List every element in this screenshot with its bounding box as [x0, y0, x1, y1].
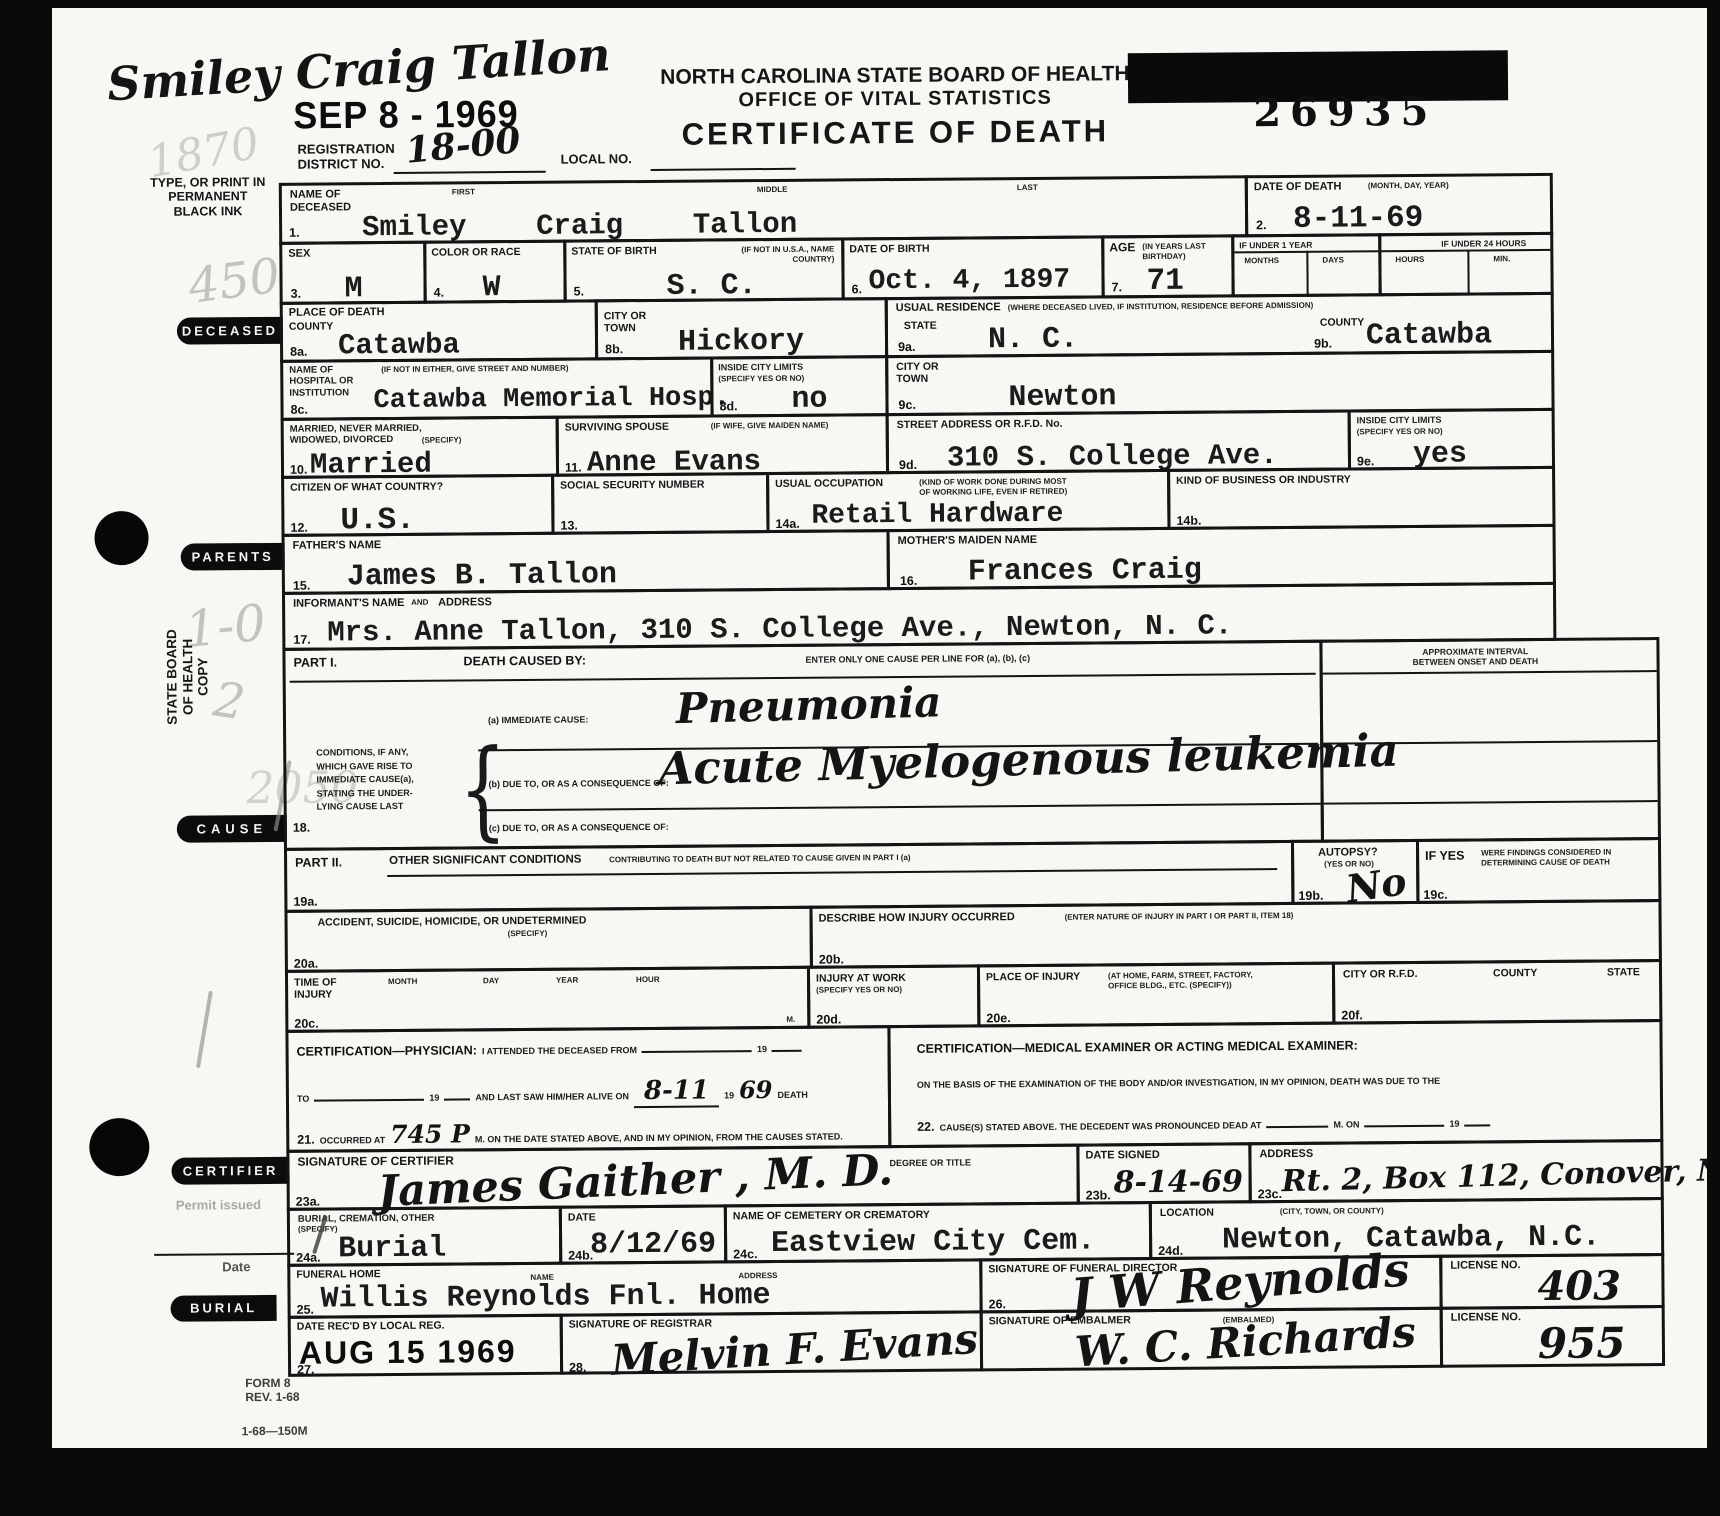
field-time-of-injury: TIME OF INJURY MONTH DAY YEAR HOUR 20c. …: [285, 966, 810, 1033]
days-label: DAYS: [1322, 255, 1344, 265]
father-value: James B. Tallon: [347, 560, 617, 592]
name-middle-label: MIDDLE: [757, 185, 788, 195]
margin-tab-certifier: CERTIFIER: [171, 1157, 289, 1185]
inside-city-8d-value: no: [791, 385, 827, 415]
residence-county-number: 9b.: [1314, 337, 1332, 351]
date-of-birth-number: 6.: [852, 282, 863, 296]
age-label: AGE: [1109, 241, 1135, 255]
scan-edge-left: [0, 0, 52, 1516]
field-funeral-director-signature: SIGNATURE OF FUNERAL DIRECTOR 26. J W Re…: [979, 1255, 1442, 1314]
field-burial-date: DATE 24b. 8/12/69: [559, 1204, 727, 1264]
certifier-address-label: ADDRESS: [1259, 1148, 1313, 1161]
death-caused-by-label: DEATH CAUSED BY:: [463, 653, 586, 668]
funeral-home-label: FUNERAL HOME: [296, 1268, 380, 1281]
inside-city-9e-sub: (SPECIFY YES OR NO): [1357, 427, 1443, 437]
field-residence-city: CITY OR TOWN 9c. Newton: [885, 350, 1554, 416]
blank-line: [642, 1039, 752, 1053]
degree-title-label: DEGREE OR TITLE: [889, 1157, 971, 1168]
other-conditions-note: CONTRIBUTING TO DEATH BUT NOT RELATED TO…: [609, 853, 911, 865]
section-part2: PART II. OTHER SIGNIFICANT CONDITIONS CO…: [284, 840, 1294, 913]
form-print-run: 1-68—150M: [242, 1425, 308, 1439]
certifier-address-value: Rt. 2, Box 112, Conover, N.C.: [1281, 1155, 1720, 1197]
street-label: STREET ADDRESS OR R.F.D. No.: [897, 418, 1063, 431]
field-father-name: FATHER'S NAME 15. James B. Tallon: [282, 529, 890, 595]
year-19-label-3: 19: [724, 1090, 734, 1100]
field-license-no-1: LICENSE NO. 403: [1439, 1253, 1664, 1310]
place-of-injury-sub: (AT HOME, FARM, STREET, FACTORY, OFFICE …: [1108, 970, 1253, 990]
field-registrar-signature: SIGNATURE OF REGISTRAR 28. Melvin F. Eva…: [560, 1310, 983, 1374]
print-instruction-2: PERMANENT: [168, 189, 247, 204]
date-of-death-sub: (MONTH, DAY, YEAR): [1368, 181, 1449, 191]
copy-line-3: COPY: [195, 658, 210, 696]
state-of-birth-label: STATE OF BIRTH: [571, 245, 656, 258]
year-19-label-4: 19: [1449, 1119, 1459, 1129]
county-label: COUNTY: [289, 320, 333, 332]
inside-city-8d-number: 8d.: [719, 399, 737, 413]
interval-label: APPROXIMATE INTERVAL BETWEEN ONSET AND D…: [1412, 646, 1538, 667]
hour-label: HOUR: [636, 975, 660, 985]
inside-city-9e-value: yes: [1413, 440, 1467, 470]
blank-line: [1364, 1114, 1444, 1128]
date-of-birth-label: DATE OF BIRTH: [849, 243, 929, 256]
one-cause-note: ENTER ONLY ONE CAUSE PER LINE FOR (a), (…: [805, 653, 1030, 665]
field-place-of-death-city: CITY OR TOWN 8b. Hickory: [595, 297, 888, 360]
field-state-of-birth: STATE OF BIRTH (IF NOT IN U.S.A., NAME C…: [563, 237, 844, 302]
date-received-stamp: AUG 15 1969: [299, 1333, 517, 1372]
section-part1-interval: APPROXIMATE INTERVAL BETWEEN ONSET AND D…: [1319, 637, 1661, 843]
informant-label-and: AND: [411, 598, 428, 608]
month-label: MONTH: [388, 977, 417, 987]
occupation-value: Retail Hardware: [811, 501, 1063, 531]
residence-city-label: CITY OR TOWN: [896, 361, 939, 385]
section-certification-examiner: CERTIFICATION—MEDICAL EXAMINER OR ACTING…: [887, 1019, 1663, 1148]
city-or-town-label: CITY OR TOWN: [604, 310, 647, 334]
accident-sub: (SPECIFY): [508, 929, 548, 939]
print-instruction-3: BLACK INK: [174, 204, 243, 219]
pencil-number-450: 450: [186, 251, 283, 310]
field-place-of-death-county: PLACE OF DEATH COUNTY 8a. Catawba: [280, 299, 598, 362]
place-of-injury-label: PLACE OF INJURY: [986, 971, 1080, 984]
field-certifier-address: ADDRESS 23c. Rt. 2, Box 112, Conover, N.…: [1248, 1139, 1663, 1203]
occupation-label: USUAL OCCUPATION: [775, 477, 883, 490]
hospital-sub: (IF NOT IN EITHER, GIVE STREET AND NUMBE…: [381, 364, 568, 375]
usual-residence-label: USUAL RESIDENCE: [896, 301, 1001, 314]
hospital-number: 8c.: [290, 403, 308, 417]
citizen-value: U.S.: [340, 505, 415, 537]
scan-edge-bottom: [0, 1448, 1720, 1516]
year-19-label-1: 19: [757, 1044, 767, 1054]
field-street-address: STREET ADDRESS OR R.F.D. No. 9d. 310 S. …: [886, 409, 1351, 474]
part2-field-number: 19a.: [293, 895, 317, 909]
residence-county-value: Catawba: [1366, 320, 1492, 351]
time-m-label: M.: [786, 1015, 795, 1025]
local-no-underline: [651, 168, 796, 171]
spouse-number: 11.: [565, 460, 582, 474]
occurred-rest-label: M. ON THE DATE STATED ABOVE, AND IN MY O…: [475, 1131, 843, 1144]
sex-label: SEX: [288, 248, 310, 261]
other-conditions-label: OTHER SIGNIFICANT CONDITIONS: [389, 854, 581, 869]
blank-line: [772, 1039, 802, 1052]
field-injury-city: CITY OR R.F.D. COUNTY STATE 20f.: [1332, 959, 1662, 1025]
field-date-received: DATE REC'D BY LOCAL REG. AUG 15 1969 27.: [288, 1314, 563, 1377]
industry-label: KIND OF BUSINESS OR INDUSTRY: [1176, 473, 1351, 486]
agency-header: NORTH CAROLINA STATE BOARD OF HEALTH OFF…: [635, 62, 1156, 153]
under-24-hours-label: IF UNDER 24 HOURS: [1441, 238, 1526, 249]
describe-injury-sub: (ENTER NATURE OF INJURY IN PART I OR PAR…: [1065, 911, 1294, 922]
agency-name: NORTH CAROLINA STATE BOARD OF HEALTH: [635, 62, 1155, 90]
due-to-c-label: (c) DUE TO, OR AS A CONSEQUENCE OF:: [489, 822, 669, 833]
registrar-number: 28.: [569, 1360, 587, 1374]
burial-date-label: DATE: [568, 1211, 596, 1223]
conditions-note: CONDITIONS, IF ANY, WHICH GAVE RISE TO I…: [316, 746, 414, 814]
registrar-label: SIGNATURE OF REGISTRAR: [569, 1317, 712, 1330]
license-1-label: LICENSE NO.: [1450, 1259, 1520, 1272]
state-of-birth-value: S. C.: [666, 271, 756, 302]
section-part1-cause: PART I. DEATH CAUSED BY: ENTER ONLY ONE …: [282, 640, 1324, 851]
field-if-under-1-year: IF UNDER 1 YEAR MONTHS DAYS: [1231, 233, 1381, 297]
date-received-label: DATE REC'D BY LOCAL REG.: [297, 1320, 445, 1333]
residence-city-number: 9c.: [898, 398, 916, 412]
under-1-year-label: IF UNDER 1 YEAR: [1239, 240, 1312, 251]
examiner-22-number: 22.: [917, 1120, 935, 1134]
field-signature-of-certifier: SIGNATURE OF CERTIFIER DEGREE OR TITLE 2…: [286, 1144, 1079, 1211]
location-label: LOCATION: [1160, 1207, 1214, 1219]
blank-line: [1266, 1115, 1328, 1128]
age-number: 7.: [1112, 280, 1123, 294]
field-date-of-death: DATE OF DEATH (MONTH, DAY, YEAR) 2. 8-11…: [1245, 173, 1553, 237]
funeral-home-value: Willis Reynolds Fnl. Home: [320, 1281, 770, 1315]
city-value: Hickory: [678, 327, 804, 358]
mother-label: MOTHER'S MAIDEN NAME: [898, 534, 1038, 548]
injury-county-label: COUNTY: [1493, 967, 1537, 979]
name-field-number: 1.: [289, 226, 300, 240]
print-instruction: TYPE, OR PRINT IN PERMANENT BLACK INK: [138, 175, 278, 219]
citizen-label: CITIZEN OF WHAT COUNTRY?: [290, 481, 443, 494]
margin-tab-deceased: DECEASED: [177, 317, 283, 345]
margin-tab-cause: CAUSE: [177, 815, 287, 843]
spouse-sub: (IF WIFE, GIVE MAIDEN NAME): [711, 421, 829, 432]
inside-city-9e-label: INSIDE CITY LIMITS: [1357, 415, 1442, 426]
document-title: CERTIFICATE OF DEATH: [635, 113, 1155, 153]
agency-office: OFFICE OF VITAL STATISTICS: [635, 86, 1155, 113]
year-19-label-2: 19: [429, 1093, 439, 1103]
date-of-death-label: DATE OF DEATH: [1254, 181, 1342, 194]
injury-at-work-label: INJURY AT WORK: [816, 972, 906, 985]
immediate-cause-label: (a) IMMEDIATE CAUSE:: [488, 714, 588, 725]
autopsy-label: AUTOPSY?: [1318, 846, 1378, 859]
sex-value: M: [344, 274, 362, 304]
certification-21-number: 21.: [297, 1133, 315, 1147]
margin-tab-burial: BURIAL: [170, 1295, 276, 1322]
date-received-number: 27.: [297, 1363, 315, 1377]
residence-state-label: STATE: [904, 320, 937, 332]
examiner-basis: ON THE BASIS OF THE EXAMINATION OF THE B…: [917, 1076, 1440, 1090]
funeral-director-number: 26.: [989, 1297, 1007, 1311]
field-place-of-injury: PLACE OF INJURY (AT HOME, FARM, STREET, …: [977, 962, 1335, 1028]
field-ssn: SOCIAL SECURITY NUMBER 13.: [551, 472, 769, 535]
field-embalmer-signature: SIGNATURE OF EMBALMER (EMBALMED) W. C. R…: [980, 1307, 1443, 1372]
findings-note: WERE FINDINGS CONSIDERED IN DETERMINING …: [1481, 847, 1611, 867]
field-burial-type: BURIAL, CREMATION, OTHER (SPECIFY) 24a. …: [287, 1206, 562, 1267]
burial-label: BURIAL, CREMATION, OTHER: [298, 1213, 435, 1225]
sex-number: 3.: [291, 287, 302, 301]
print-instruction-1: TYPE, OR PRINT IN: [150, 175, 265, 190]
min-label: MIN.: [1493, 254, 1510, 264]
name-label-1: NAME OF: [290, 188, 341, 200]
field-date-signed: DATE SIGNED 23b. 8-14-69: [1076, 1142, 1251, 1204]
field-cemetery: NAME OF CEMETERY OR CREMATORY 24c. Eastv…: [724, 1201, 1152, 1263]
day-label: DAY: [483, 976, 499, 986]
margin-date-line: [154, 1253, 294, 1256]
accident-label: ACCIDENT, SUICIDE, HOMICIDE, OR UNDETERM…: [318, 914, 587, 928]
race-number: 4.: [434, 286, 445, 300]
months-label: MONTHS: [1244, 256, 1279, 266]
local-no-label: LOCAL NO.: [561, 152, 632, 167]
if-yes-label: IF YES: [1425, 849, 1464, 863]
registration-label-text: REGISTRATION: [297, 141, 394, 157]
blank-line: [1464, 1113, 1490, 1126]
copy-line-2: OF HEALTH: [180, 639, 196, 715]
part1-label: PART I.: [293, 655, 337, 669]
hospital-value: Catawba Memorial Hosp.: [373, 385, 730, 415]
pencil-number-2: 2: [210, 675, 247, 727]
describe-injury-label: DESCRIBE HOW INJURY OCCURRED: [819, 911, 1015, 925]
examiner-title: CERTIFICATION—MEDICAL EXAMINER OR ACTING…: [917, 1038, 1358, 1055]
last-saw-value: 8-11: [634, 1077, 719, 1108]
part2-label: PART II.: [295, 855, 342, 869]
ssn-number: 13.: [560, 519, 578, 533]
date-signed-value: 8-14-69: [1114, 1167, 1244, 1198]
residence-county-label: COUNTY: [1320, 316, 1364, 328]
informant-label-1: INFORMANT'S NAME: [293, 597, 404, 611]
certificate-content: Smiley Craig Tallon SEP 8 - 1969 1870 NO…: [0, 0, 1720, 1516]
field-describe-injury: DESCRIBE HOW INJURY OCCURRED (ENTER NATU…: [809, 899, 1661, 969]
injury-state-label: STATE: [1607, 966, 1640, 978]
field-industry: KIND OF BUSINESS OR INDUSTRY 14b.: [1167, 466, 1555, 530]
field-usual-residence: USUAL RESIDENCE (WHERE DECEASED LIVED, I…: [885, 292, 1554, 358]
copy-line-1: STATE BOARD: [164, 629, 180, 725]
form-number-line1: FORM 8: [245, 1376, 290, 1390]
section-certification-physician: CERTIFICATION—PHYSICIAN: I ATTENDED THE …: [285, 1025, 891, 1153]
pencil-stroke-2: [196, 991, 213, 1069]
field-if-under-24-hours: IF UNDER 24 HOURS HOURS MIN.: [1378, 232, 1553, 296]
last-saw-label: AND LAST SAW HIM/HER ALIVE ON: [475, 1091, 629, 1102]
pronounced-label: CAUSE(S) STATED ABOVE. THE DECEDENT WAS …: [940, 1120, 1262, 1133]
death-year-value: 69: [739, 1078, 773, 1102]
copy-designation: STATE BOARD OF HEALTH COPY: [164, 607, 212, 747]
field-autopsy-findings: IF YES WERE FINDINGS CONSIDERED IN DETER…: [1416, 837, 1662, 904]
hours-label: HOURS: [1395, 255, 1424, 265]
m-on-label: M. ON: [1333, 1119, 1359, 1129]
marital-sub: (SPECIFY): [422, 435, 462, 445]
field-inside-city-limits-8d: INSIDE CITY LIMITS (SPECIFY YES OR NO) 8…: [710, 355, 888, 417]
year-label: YEAR: [556, 976, 578, 986]
city-number: 8b.: [605, 342, 623, 356]
burial-value: Burial: [338, 1234, 446, 1265]
blank-line: [444, 1087, 470, 1100]
field-mother-name: MOTHER'S MAIDEN NAME 16. Frances Craig: [887, 524, 1556, 590]
field-citizen: CITIZEN OF WHAT COUNTRY? 12. U.S.: [281, 474, 554, 537]
date-of-birth-value: Oct. 4, 1897: [868, 267, 1070, 297]
certification-physician-title: CERTIFICATION—PHYSICIAN:: [297, 1043, 477, 1058]
burial-date-value: 8/12/69: [590, 1229, 716, 1260]
state-of-birth-number: 5.: [574, 284, 585, 298]
field-color-or-race: COLOR OR RACE 4. W: [423, 240, 566, 304]
form-number: FORM 8 REV. 1-68: [245, 1377, 299, 1405]
due-to-b-label: (b) DUE TO, OR AS A CONSEQUENCE OF:: [488, 778, 668, 789]
cemetery-value: Eastview City Cem.: [771, 1226, 1095, 1259]
margin-date-label: Date: [222, 1259, 250, 1274]
spouse-label: SURVIVING SPOUSE: [565, 421, 669, 434]
marital-number: 10.: [290, 463, 308, 477]
usual-residence-sub: (WHERE DECEASED LIVED, IF INSTITUTION, R…: [1008, 301, 1314, 313]
district-no-label-text: DISTRICT NO.: [298, 156, 385, 172]
county-value: Catawba: [338, 330, 460, 360]
scan-edge-right: [1707, 0, 1720, 1516]
inside-city-8d-label: INSIDE CITY LIMITS: [718, 362, 803, 373]
field-occupation: USUAL OCCUPATION (KIND OF WORK DONE DURI…: [766, 469, 1170, 533]
residence-city-value: Newton: [1008, 382, 1116, 413]
informant-label-2: ADDRESS: [438, 596, 492, 609]
permit-issued-label: Permit issued: [176, 1197, 261, 1213]
registration-district-label: REGISTRATION DISTRICT NO.: [297, 142, 394, 173]
name-label-2: DECEASED: [290, 201, 351, 213]
location-value: Newton, Catawba, N.C.: [1222, 1223, 1600, 1256]
cause-b-line: [479, 803, 1321, 812]
occurred-time-value: 745 P: [390, 1121, 470, 1147]
field-accident: ACCIDENT, SUICIDE, HOMICIDE, OR UNDETERM…: [284, 906, 812, 973]
scan-edge-top: [0, 0, 1720, 8]
residence-state-number: 9a.: [898, 340, 916, 354]
field-inside-city-limits-9e: INSIDE CITY LIMITS (SPECIFY YES OR NO) 9…: [1348, 408, 1555, 471]
due-to-b-value: Acute Myelogenous leukemia: [658, 728, 1399, 792]
hospital-label: NAME OF HOSPITAL OR INSTITUTION: [289, 364, 353, 399]
residence-state-value: N. C.: [988, 325, 1078, 356]
license-1-value: 403: [1537, 1266, 1621, 1307]
age-sub: (IN YEARS LAST BIRTHDAY): [1142, 242, 1206, 262]
name-last-label: LAST: [1017, 183, 1038, 193]
field-injury-at-work: INJURY AT WORK (SPECIFY YES OR NO) 20d.: [807, 964, 980, 1028]
informant-number: 17.: [293, 633, 311, 647]
injury-at-work-sub: (SPECIFY YES OR NO): [816, 985, 902, 995]
field-age: AGE (IN YEARS LAST BIRTHDAY) 7. 71: [1101, 234, 1234, 298]
registration-underline: [394, 171, 546, 174]
margin-tab-parents: PARENTS: [181, 543, 285, 571]
place-of-death-label: PLACE OF DEATH: [289, 306, 385, 319]
state-of-birth-sub: (IF NOT IN U.S.A., NAME COUNTRY): [694, 245, 834, 265]
date-signed-label: DATE SIGNED: [1085, 1149, 1159, 1162]
attended-from-label: I ATTENDED THE DECEASED FROM: [482, 1045, 637, 1056]
cause-field-number: 18.: [293, 821, 311, 835]
death-word-label: DEATH: [777, 1090, 807, 1100]
field-license-no-2: LICENSE NO. 955: [1440, 1305, 1665, 1368]
citizen-number: 12.: [290, 521, 308, 535]
field-surviving-spouse: SURVIVING SPOUSE (IF WIFE, GIVE MAIDEN N…: [556, 413, 889, 477]
race-value: W: [482, 273, 500, 303]
date-of-death-number: 2.: [1256, 218, 1267, 232]
name-first-label: FIRST: [452, 187, 475, 197]
form-number-line2: REV. 1-68: [245, 1390, 299, 1404]
field-date-of-birth: DATE OF BIRTH 6. Oct. 4, 1897: [841, 235, 1104, 300]
blank-line: [314, 1088, 424, 1102]
license-2-label: LICENSE NO.: [1451, 1311, 1521, 1324]
field-autopsy: AUTOPSY? (YES OR NO) 19b. No: [1291, 839, 1420, 905]
race-label: COLOR OR RACE: [431, 246, 520, 259]
funeral-home-number: 25.: [297, 1303, 315, 1317]
cemetery-label: NAME OF CEMETERY OR CREMATORY: [733, 1209, 930, 1223]
field-hospital: NAME OF HOSPITAL OR INSTITUTION (IF NOT …: [280, 356, 713, 420]
county-number: 8a.: [290, 345, 308, 359]
immediate-cause-value: Pneumonia: [675, 681, 942, 730]
date-of-death-value: 8-11-69: [1293, 203, 1423, 235]
field-marital-status: MARRIED, NEVER MARRIED, WIDOWED, DIVORCE…: [281, 416, 559, 479]
license-2-value: 955: [1538, 1322, 1626, 1365]
field-sex: SEX 3. M: [279, 241, 426, 305]
scanned-death-certificate: Smiley Craig Tallon SEP 8 - 1969 1870 NO…: [0, 0, 1720, 1516]
to-label: TO: [297, 1094, 309, 1104]
time-of-injury-label: TIME OF INJURY: [294, 976, 337, 1000]
registration-district-value: 18-00: [404, 122, 522, 169]
occupation-sub: (KIND OF WORK DONE DURING MOST OF WORKIN…: [919, 477, 1067, 497]
punch-hole-top: [94, 511, 148, 565]
injury-city-label: CITY OR R.F.D.: [1343, 968, 1418, 981]
mother-value: Frances Craig: [968, 556, 1202, 588]
father-label: FATHER'S NAME: [293, 539, 382, 552]
punch-hole-bottom: [89, 1118, 149, 1176]
location-sub: (CITY, TOWN, OR COUNTY): [1280, 1206, 1384, 1216]
field-funeral-home: FUNERAL HOME NAME ADDRESS 25. Willis Rey…: [287, 1258, 982, 1318]
occurred-at-label: OCCURRED AT: [320, 1135, 386, 1146]
marital-label: MARRIED, NEVER MARRIED, WIDOWED, DIVORCE…: [290, 423, 422, 447]
ssn-label: SOCIAL SECURITY NUMBER: [560, 479, 704, 492]
age-value: 71: [1146, 266, 1183, 297]
certificate-number: 26935: [1253, 88, 1438, 136]
conditions-brace: {: [458, 727, 507, 852]
